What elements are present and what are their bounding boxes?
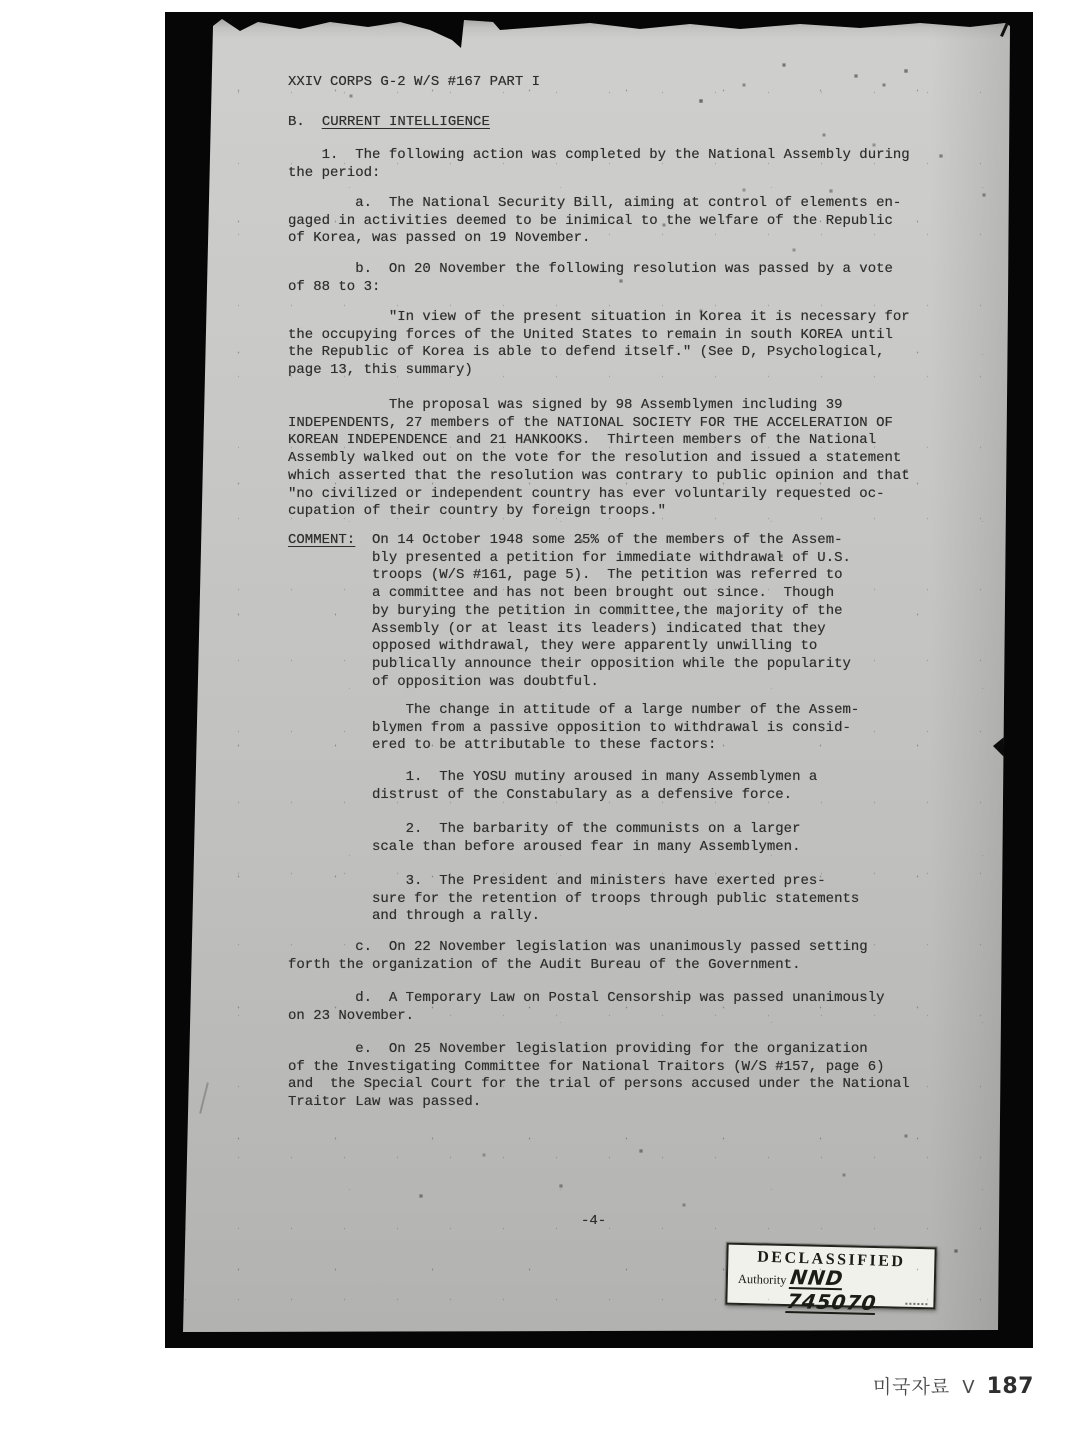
comment-label: COMMENT:	[288, 532, 355, 550]
paragraph-a: a. The National Security Bill, aiming at…	[288, 195, 901, 248]
section-title: CURRENT INTELLIGENCE	[322, 114, 490, 132]
paper-scratch-mark	[199, 1082, 209, 1114]
paragraph-e: e. On 25 November legislation providing …	[288, 1041, 910, 1112]
stamp-authority-label: Authority	[738, 1272, 787, 1288]
caption-page-number: 187	[987, 1374, 1034, 1399]
page-number: -4-	[581, 1213, 606, 1231]
paragraph-factor-1: 1. The YOSU mutiny aroused in many Assem…	[372, 769, 817, 804]
section-heading: B.CURRENT INTELLIGENCE	[288, 114, 490, 132]
paragraph-b: b. On 20 November the following resoluti…	[288, 261, 893, 296]
paragraph-factor-2: 2. The barbarity of the communists on a …	[372, 821, 800, 856]
section-label: B.	[288, 114, 305, 132]
caption-series-label: 미국자료	[873, 1372, 950, 1399]
paper-edge-tear	[993, 737, 1004, 757]
paragraph-comment: COMMENT: On 14 October 1948 some 25% of …	[288, 532, 851, 691]
declassified-stamp: DECLASSIFIED Authority NND 745070	[725, 1243, 936, 1310]
document-header: XXIV CORPS G-2 W/S #167 PART I	[288, 74, 540, 92]
paragraph-1: 1. The following action was completed by…	[288, 147, 910, 182]
comment-lines: On 14 October 1948 some 25% of the membe…	[288, 532, 851, 691]
paragraph-proposal: The proposal was signed by 98 Assemblyme…	[288, 397, 910, 521]
paragraph-resolution-quote: "In view of the present situation in Kor…	[288, 309, 910, 380]
archive-caption: 미국자료 V 187	[873, 1372, 1034, 1399]
paragraph-c: c. On 22 November legislation was unanim…	[288, 939, 868, 974]
caption-volume-label: V	[962, 1377, 974, 1398]
archive-scan-page: { "document": { "header": "XXIV CORPS G-…	[0, 0, 1080, 1439]
paragraph-attitude: The change in attitude of a large number…	[372, 702, 859, 755]
paragraph-factor-3: 3. The President and ministers have exer…	[372, 873, 859, 926]
document-paper: XXIV CORPS G-2 W/S #167 PART I B.CURRENT…	[183, 14, 1013, 1334]
stamp-authority-number: NND 745070	[785, 1265, 937, 1316]
paragraph-d: d. A Temporary Law on Postal Censorship …	[288, 990, 885, 1025]
